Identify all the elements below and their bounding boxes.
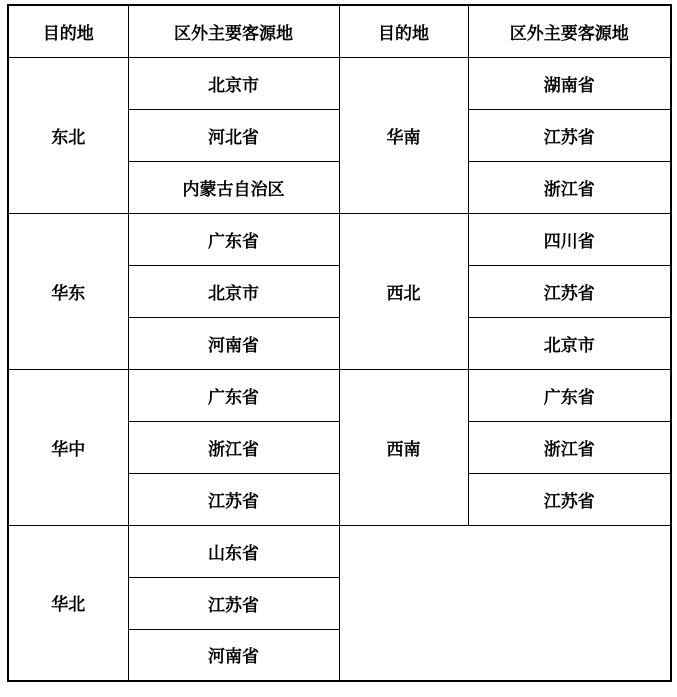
source-cell: 浙江省 bbox=[128, 421, 339, 473]
destination-east: 华东 bbox=[8, 213, 128, 369]
source-cell: 河南省 bbox=[128, 629, 339, 681]
destination-south: 华南 bbox=[339, 57, 468, 213]
header-source-left: 区外主要客源地 bbox=[128, 5, 339, 57]
tourist-source-table: 目的地 区外主要客源地 目的地 区外主要客源地 东北 北京市 华南 湖南省 河北… bbox=[7, 4, 672, 682]
source-cell: 广东省 bbox=[128, 369, 339, 421]
table-row: 东北 北京市 华南 湖南省 bbox=[8, 57, 671, 109]
table-row: 华东 广东省 西北 四川省 bbox=[8, 213, 671, 265]
page: 目的地 区外主要客源地 目的地 区外主要客源地 东北 北京市 华南 湖南省 河北… bbox=[0, 0, 677, 697]
source-cell: 山东省 bbox=[128, 525, 339, 577]
table-row: 华中 广东省 西南 广东省 bbox=[8, 369, 671, 421]
source-cell: 北京市 bbox=[468, 317, 671, 369]
destination-northeast: 东北 bbox=[8, 57, 128, 213]
source-cell: 内蒙古自治区 bbox=[128, 161, 339, 213]
destination-northwest: 西北 bbox=[339, 213, 468, 369]
source-cell: 浙江省 bbox=[468, 161, 671, 213]
source-cell: 广东省 bbox=[468, 369, 671, 421]
source-cell: 北京市 bbox=[128, 57, 339, 109]
source-cell: 江苏省 bbox=[468, 265, 671, 317]
source-cell: 浙江省 bbox=[468, 421, 671, 473]
source-cell: 四川省 bbox=[468, 213, 671, 265]
source-cell: 江苏省 bbox=[128, 577, 339, 629]
source-cell: 河北省 bbox=[128, 109, 339, 161]
header-source-right: 区外主要客源地 bbox=[468, 5, 671, 57]
source-cell: 河南省 bbox=[128, 317, 339, 369]
source-cell: 江苏省 bbox=[468, 109, 671, 161]
source-cell: 北京市 bbox=[128, 265, 339, 317]
source-cell: 江苏省 bbox=[468, 473, 671, 525]
source-cell: 广东省 bbox=[128, 213, 339, 265]
source-cell: 江苏省 bbox=[128, 473, 339, 525]
destination-central: 华中 bbox=[8, 369, 128, 525]
header-row: 目的地 区外主要客源地 目的地 区外主要客源地 bbox=[8, 5, 671, 57]
header-destination-right: 目的地 bbox=[339, 5, 468, 57]
destination-north: 华北 bbox=[8, 525, 128, 681]
source-cell: 湖南省 bbox=[468, 57, 671, 109]
header-destination-left: 目的地 bbox=[8, 5, 128, 57]
table-row: 华北 山东省 bbox=[8, 525, 671, 577]
empty-cell bbox=[339, 525, 671, 681]
destination-southwest: 西南 bbox=[339, 369, 468, 525]
